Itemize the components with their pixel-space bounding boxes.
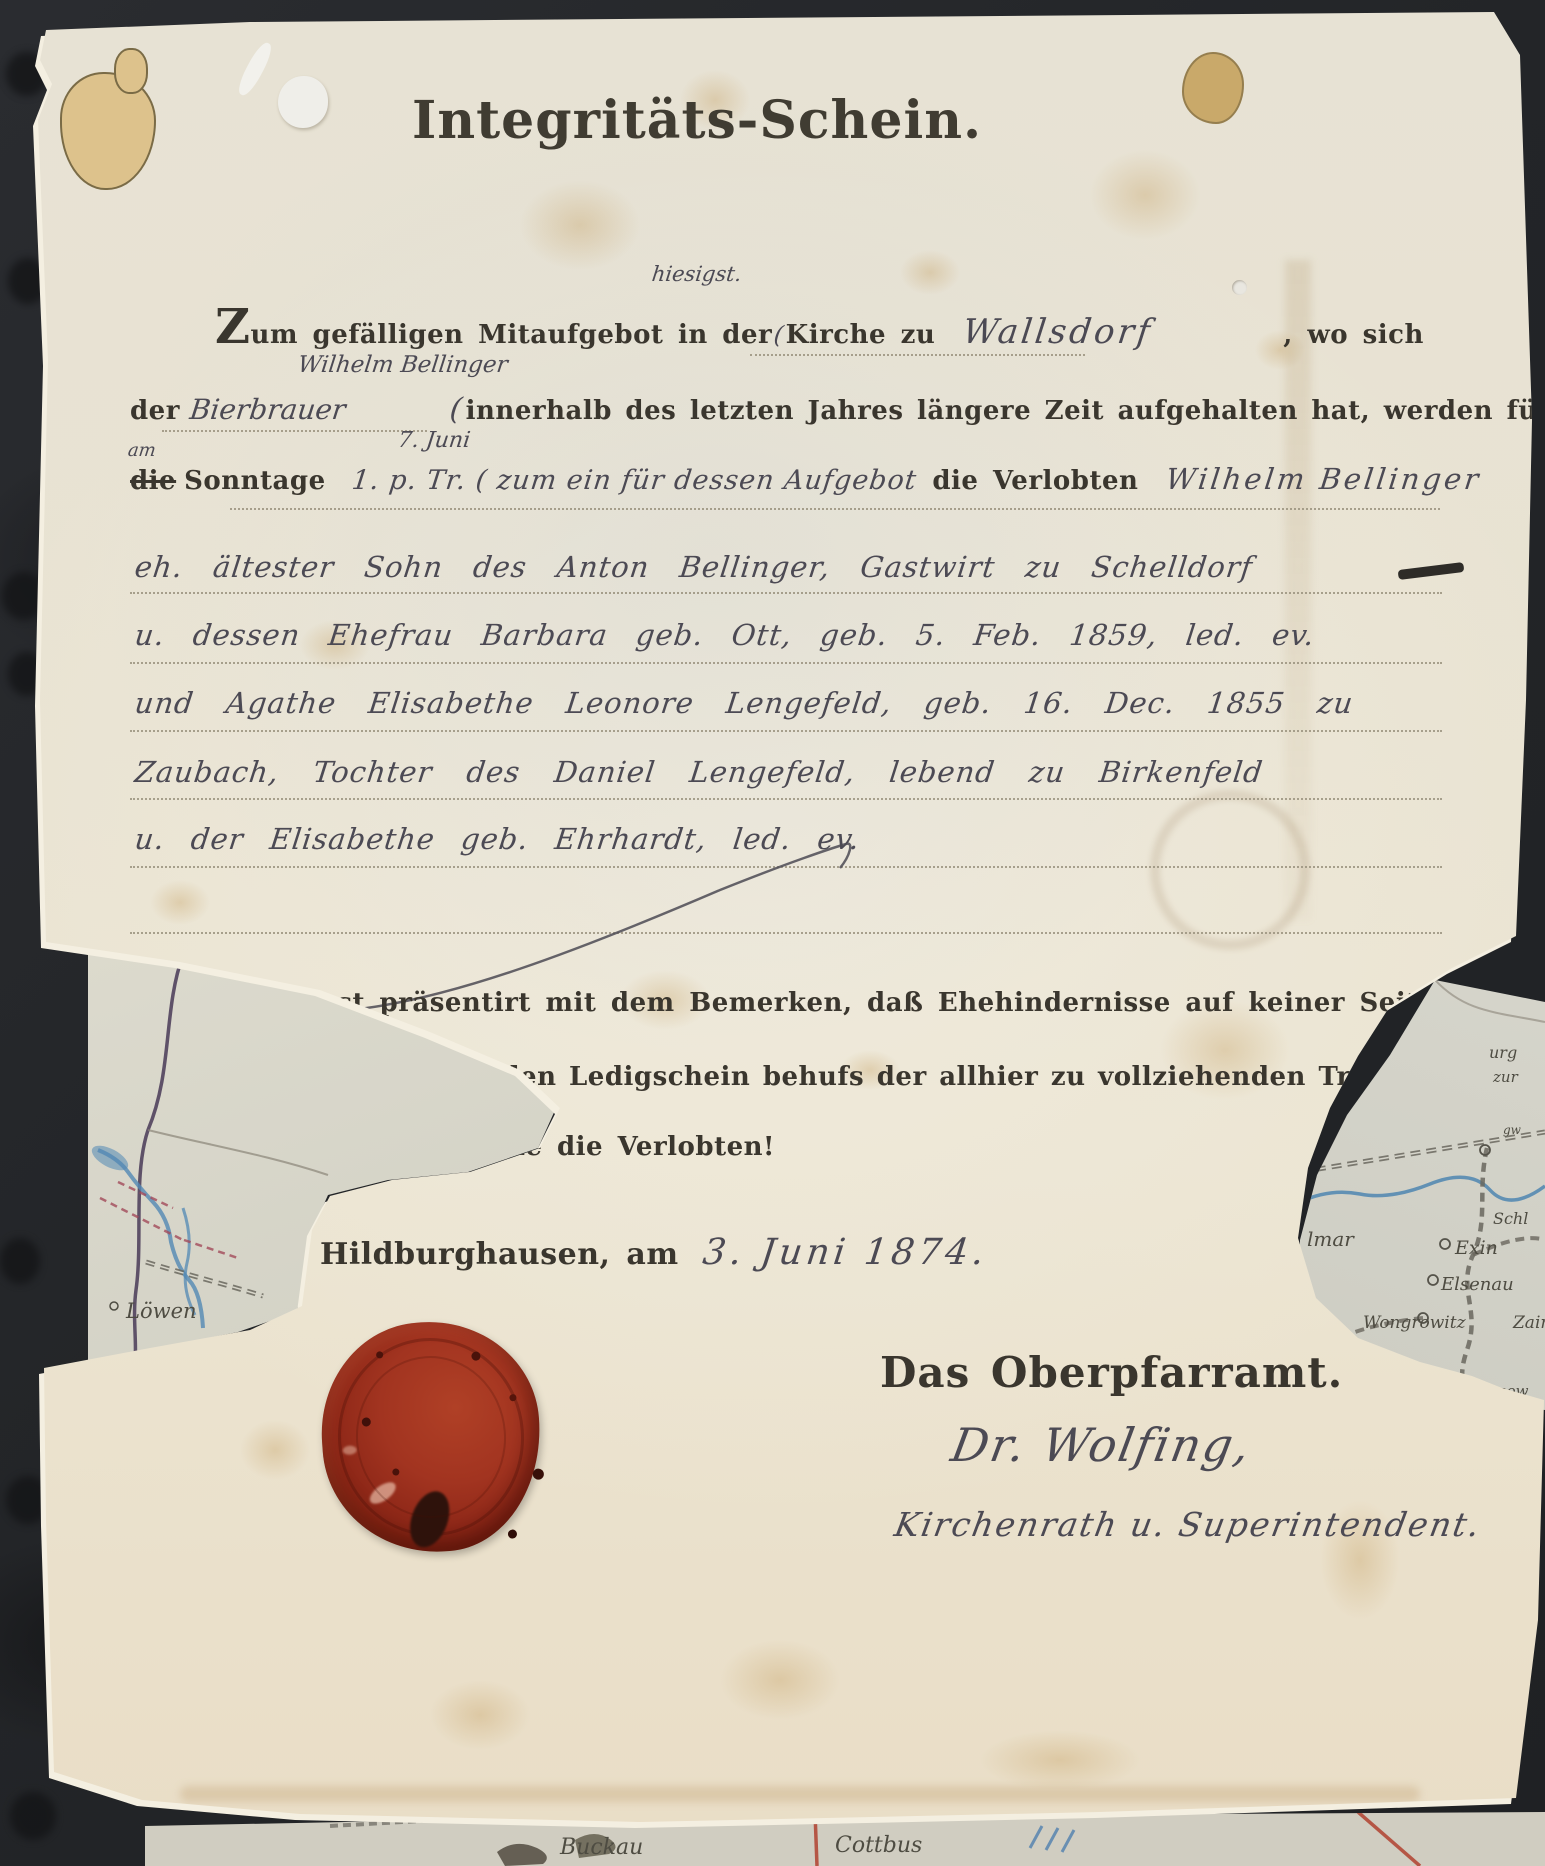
bottom-stain-streak	[180, 1786, 1420, 1802]
ink-strikethrough	[1398, 562, 1465, 580]
line3-struck-die: die	[130, 466, 176, 496]
wax-stain-top-left	[60, 72, 156, 190]
map-label-cottbus: Cottbus	[835, 1833, 922, 1858]
map-label-zur: zur	[1492, 1068, 1519, 1086]
seal-dark-spot	[403, 1486, 457, 1553]
paper-residue	[234, 40, 275, 99]
caret-mark: (	[448, 392, 464, 427]
insert-above-line2: Wilhelm Bellinger	[296, 352, 509, 378]
fox-stain	[430, 1680, 530, 1750]
paper-residue	[278, 76, 328, 128]
document-title: Integritäts-Schein.	[412, 90, 982, 151]
line1-printed-c: , wo sich	[1283, 320, 1424, 350]
map-label-urg: urg	[1489, 1043, 1517, 1062]
drop-cap: Z	[215, 299, 251, 355]
line1-printed-b: Kirche zu	[786, 320, 936, 350]
pinhole	[1232, 280, 1247, 295]
map-label-gw: gw	[1503, 1123, 1522, 1137]
line2-printed-b: innerhalb des letzten Jahres längere Zei…	[466, 396, 1545, 426]
caret-mark: (	[773, 321, 786, 349]
fox-stain	[720, 1640, 840, 1720]
blank-rule	[230, 508, 1440, 510]
map-label-exin: Exin	[1454, 1237, 1498, 1259]
line2-printed-a: der	[130, 396, 180, 426]
fold-streak	[1285, 260, 1311, 920]
entry-rule	[130, 730, 1442, 732]
line3-handwritten-groom: Wilhelm Bellinger	[1164, 462, 1483, 496]
fox-stain	[240, 1420, 310, 1480]
seal-specks	[376, 1351, 383, 1358]
blank-rule	[750, 354, 1085, 356]
line3-printed-verlobten: die Verlobten	[932, 466, 1138, 496]
entry-line-groom-parents: eh. ältester Sohn des Anton Bellinger, G…	[133, 550, 1255, 584]
entry-rule	[130, 662, 1442, 664]
map-label-buckau: Buckau	[559, 1835, 643, 1860]
document-photo: Löwen urg zur gw Schl lmar Exin Elsenau …	[0, 0, 1545, 1866]
date-handwritten: 3. Juni 1874.	[700, 1232, 990, 1273]
blank-rule	[162, 430, 427, 432]
map-label-zain: Zain	[1512, 1313, 1545, 1333]
map-label-schl: Schl	[1493, 1209, 1528, 1228]
entry-line-bride: und Agathe Elisabethe Leonore Lengefeld,…	[133, 686, 1356, 720]
place-printed: Hildburghausen, am	[320, 1237, 679, 1272]
insert-am: am	[127, 440, 157, 461]
entry-line-groom-mother: u. dessen Ehefrau Barbara geb. Ott, geb.…	[133, 618, 1317, 652]
wax-seal	[314, 1315, 548, 1560]
signature-name: Dr. Wolfing,	[947, 1418, 1256, 1472]
document-paper: Integritäts-Schein. hiesigst. Zum gefäll…	[0, 0, 1545, 1866]
line3-handwritten-note: 1. p. Tr. ( zum ein für dessen Aufgebot	[350, 465, 919, 496]
office-title: Das Oberpfarramt.	[880, 1348, 1343, 1397]
album-hole	[10, 1792, 56, 1840]
map-label-wongrowitz: Wongrowitz	[1363, 1313, 1467, 1333]
seal-highlight	[366, 1478, 399, 1508]
seal-highlight	[342, 1445, 357, 1455]
entry-rule	[130, 592, 1442, 594]
entry-rule	[130, 798, 1442, 800]
insert-above-line1: hiesigst.	[651, 262, 743, 286]
line1-handwritten-place: Wallsdorf	[961, 312, 1286, 352]
album-hole	[0, 1238, 40, 1284]
fox-stain	[900, 250, 960, 295]
stain-top-right	[1182, 52, 1244, 124]
line3-printed-sonntage: Sonntage	[184, 466, 326, 496]
entry-line-bride-father: Zaubach, Tochter des Daniel Lengefeld, l…	[133, 755, 1265, 789]
map-label-elsenau: Elsenau	[1440, 1274, 1514, 1295]
fox-stain	[150, 880, 210, 925]
fox-stain	[1090, 150, 1200, 240]
insert-date-above: 7. Juni	[396, 428, 471, 453]
fox-stain	[980, 1730, 1140, 1790]
line1-printed-a: Zum gefälligen Mitaufgebot in der	[215, 320, 772, 350]
signature-role: Kirchenrath u. Superintendent.	[892, 1505, 1485, 1544]
map-label-lmar: lmar	[1307, 1227, 1355, 1251]
line2-handwritten-occupation: Bierbrauer	[188, 393, 442, 426]
map-label-loewen: Löwen	[125, 1299, 197, 1323]
fox-stain	[520, 180, 640, 270]
